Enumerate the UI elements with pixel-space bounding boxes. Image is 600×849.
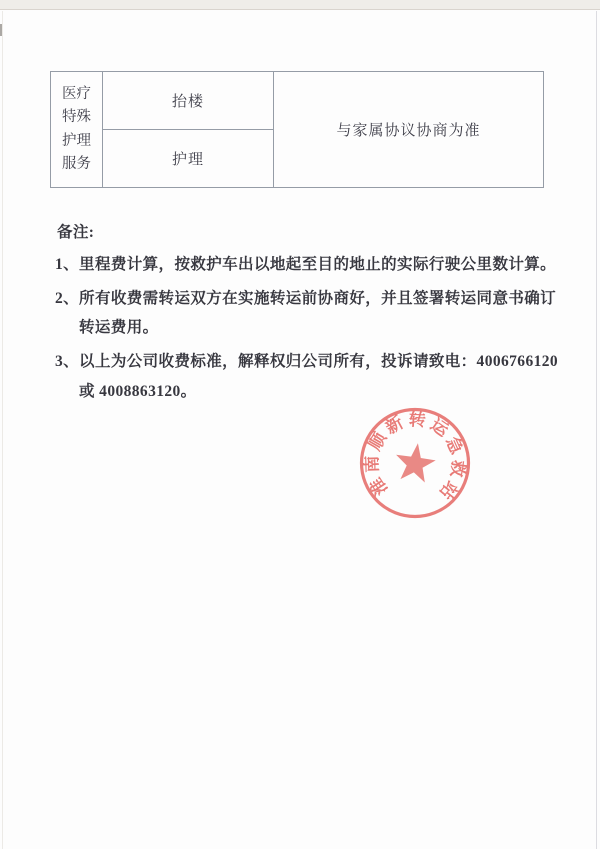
service-label: 护理 — [172, 148, 204, 169]
scan-left-edge — [2, 11, 3, 849]
stamp-char: 转 — [408, 409, 426, 430]
cell-service-stairs-carry: 抬楼 — [103, 72, 273, 129]
category-cell-medical-special-care: 医疗 特殊 护理 服务 — [51, 72, 102, 187]
company-stamp: 淮南顺新转运急救站 — [355, 403, 475, 523]
scanned-document-page: 医疗 特殊 护理 服务 抬楼 护理 与家属协议协商为准 备注: 1、里程费计算，… — [0, 0, 600, 849]
stamp-char: 南 — [361, 455, 381, 473]
note-item-2-line-2: 转运费用。 — [79, 317, 159, 339]
agreement-note-text: 与家属协议协商为准 — [336, 119, 480, 140]
category-line: 医疗 — [62, 83, 91, 107]
stamp-char: 站 — [436, 477, 462, 503]
note-item-3-line-1: 3、以上为公司收费标准，解释权归公司所有，投诉请致电：4006766120 — [55, 351, 558, 373]
stamp-char: 淮 — [366, 474, 392, 499]
category-line: 服务 — [62, 153, 91, 177]
scan-top-edge — [0, 0, 600, 10]
note-item-2-line-1: 2、所有收费需转运双方在实施转运前协商好，并且签署转运同意书确订 — [55, 288, 556, 310]
scan-right-edge — [596, 11, 597, 849]
stamp-char: 顺 — [365, 429, 390, 454]
stamp-char: 救 — [447, 458, 469, 478]
category-line: 特殊 — [62, 106, 91, 130]
stamp-char: 急 — [442, 433, 468, 458]
stamp-char: 新 — [382, 412, 406, 438]
stamp-char: 运 — [427, 415, 453, 441]
stamp-star-icon — [393, 440, 438, 483]
cell-family-agreement-note: 与家属协议协商为准 — [273, 72, 544, 187]
fee-table: 医疗 特殊 护理 服务 抬楼 护理 与家属协议协商为准 — [50, 71, 544, 188]
notes-heading: 备注: — [57, 222, 94, 244]
cell-service-nursing: 护理 — [103, 130, 273, 187]
note-item-1-line-1: 1、里程费计算，按救护车出以地起至目的地止的实际行驶公里数计算。 — [55, 254, 556, 276]
note-item-3-line-2: 或 4008863120。 — [79, 381, 197, 403]
scan-edge-notch — [0, 24, 2, 36]
service-label: 抬楼 — [172, 90, 204, 111]
category-line: 护理 — [62, 130, 91, 154]
